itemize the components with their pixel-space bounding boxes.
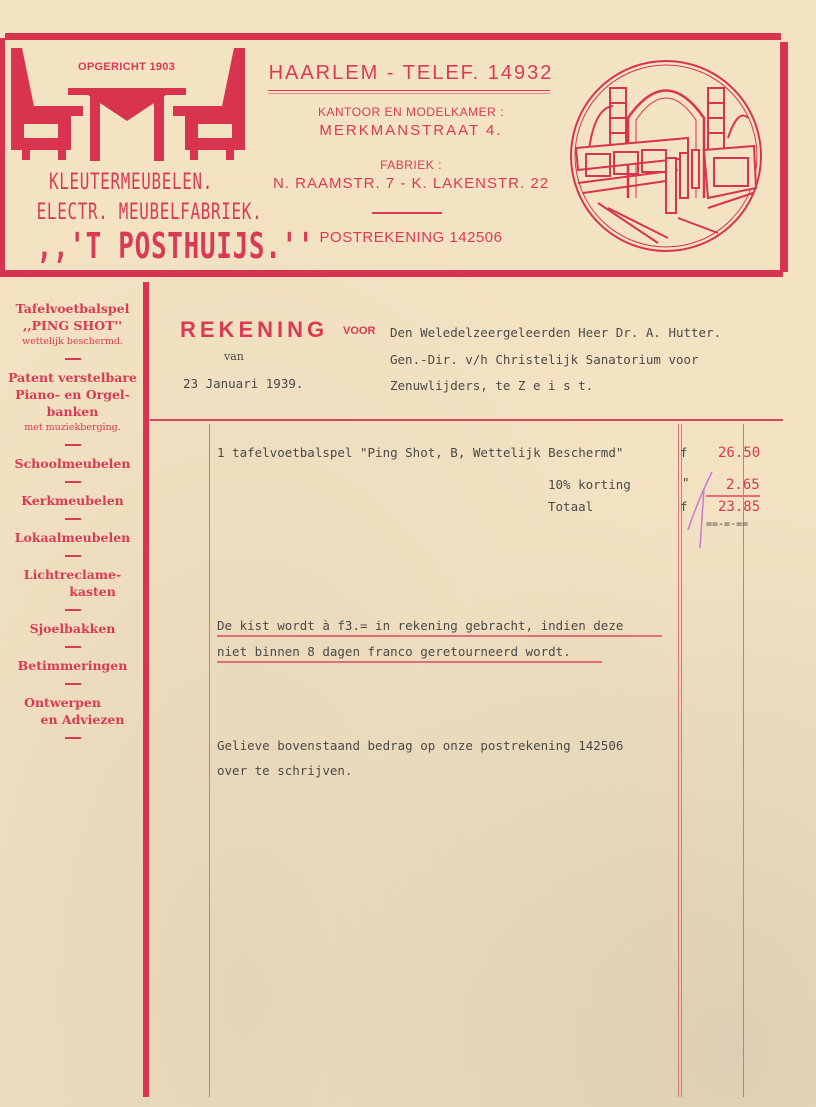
payment-line-1: Gelieve bovenstaand bedrag op onze postr… [217, 738, 623, 753]
sidebar-item-betimmeringen: Betimmeringen [0, 657, 145, 674]
sidebar-item-label: ,,PING SHOT'' [0, 317, 145, 334]
note-line-1: De kist wordt à f3.= in rekening gebrach… [217, 618, 662, 637]
invoice-van-label: van [224, 350, 244, 363]
line-item-amount: 26.50 [718, 445, 760, 461]
sidebar-item-lichtreclame: Lichtreclame- kasten [0, 566, 145, 600]
brand-line-2: ELECTR. MEUBELFABRIEK. [37, 200, 226, 225]
brand-line-1: KLEUTERMEUBELEN. [37, 170, 226, 195]
product-sidebar: Tafelvoetbalspel ,,PING SHOT'' wettelijk… [0, 300, 145, 748]
recipient-line-1: Den Weledelzeergeleerden Heer Dr. A. Hut… [390, 325, 721, 340]
factory-label: FABRIEK : [256, 158, 566, 172]
sidebar-item-label: Schoolmeubelen [0, 455, 145, 472]
sidebar-item-label: Lokaalmeubelen [0, 529, 145, 546]
line-item-description: 1 tafelvoetbalspel "Ping Shot, B, Wettel… [217, 445, 623, 460]
header-frame-right [780, 42, 788, 272]
sidebar-item-ping-shot: Tafelvoetbalspel ,,PING SHOT'' wettelijk… [0, 300, 145, 349]
sidebar-item-kerkmeubelen: Kerkmeubelen [0, 492, 145, 509]
city-phone: HAARLEM - TELEF. 14932 [256, 62, 566, 85]
margin-rule [209, 424, 210, 1097]
brand-name: ,,'T POSTHUIJS.'' [37, 226, 226, 267]
total-amount: 23.85 [718, 499, 760, 515]
recipient-line-3: Zenuwlijders, te Z e i s t. [390, 378, 593, 393]
office-address: MERKMANSTRAAT 4. [256, 122, 566, 139]
sidebar-divider [65, 555, 81, 557]
office-label: KANTOOR EN MODELKAMER : [256, 105, 566, 119]
sidebar-item-ontwerpen: Ontwerpen en Adviezen [0, 694, 145, 728]
city-underline [268, 90, 550, 94]
header-frame-top [5, 33, 781, 40]
sidebar-item-schoolmeubelen: Schoolmeubelen [0, 455, 145, 472]
sidebar-item-label: Patent verstelbare [0, 369, 145, 386]
sidebar-item-label: Piano- en Orgel- [0, 386, 145, 403]
recipient-line-2: Gen.-Dir. v/h Christelijk Sanatorium voo… [390, 352, 699, 367]
sidebar-item-label: banken [0, 403, 145, 420]
founded-year: OPGERICHT 1903 [78, 61, 175, 73]
church-pews-illustration-icon [568, 58, 764, 254]
sidebar-item-sub: met muziekberging. [0, 420, 145, 435]
sidebar-item-label: Kerkmeubelen [0, 492, 145, 509]
invoice-voor-label: VOOR [343, 325, 375, 337]
sidebar-border [143, 282, 149, 1097]
sidebar-divider [65, 646, 81, 648]
header-rule [150, 419, 783, 421]
discount-label: 10% korting [548, 477, 631, 492]
sidebar-item-label: Sjoelbakken [0, 620, 145, 637]
sidebar-item-lokaalmeubelen: Lokaalmeubelen [0, 529, 145, 546]
sidebar-divider [65, 358, 81, 360]
sidebar-divider [65, 481, 81, 483]
sidebar-item-label: Betimmeringen [0, 657, 145, 674]
pencil-check-mark-icon [684, 470, 720, 550]
sidebar-divider [65, 683, 81, 685]
sidebar-divider [65, 444, 81, 446]
payment-line-2: over te schrijven. [217, 763, 352, 778]
sidebar-divider [65, 518, 81, 520]
header-frame-bottom [0, 270, 783, 277]
sidebar-item-label: kasten [0, 583, 145, 600]
sidebar-item-label: Lichtreclame- [0, 566, 145, 583]
currency-column-rule-1 [678, 424, 679, 1097]
sidebar-item-piano-banken: Patent verstelbare Piano- en Orgel- bank… [0, 369, 145, 435]
divider [372, 212, 442, 214]
invoice-title: REKENING [180, 317, 328, 343]
sidebar-item-sjoelbakken: Sjoelbakken [0, 620, 145, 637]
sidebar-divider [65, 737, 81, 739]
invoice-date: 23 Januari 1939. [183, 376, 303, 391]
sidebar-item-sub: wettelijk beschermd. [0, 334, 145, 349]
line-item-currency: f [680, 445, 688, 460]
sidebar-item-label: Ontwerpen [0, 694, 145, 711]
factory-address: N. RAAMSTR. 7 - K. LAKENSTR. 22 [256, 175, 566, 192]
note-line-2: niet binnen 8 dagen franco geretourneerd… [217, 644, 602, 663]
sidebar-item-label: en Adviezen [0, 711, 145, 728]
total-label: Totaal [548, 499, 593, 514]
currency-column-rule-2 [681, 424, 682, 1097]
sidebar-divider [65, 609, 81, 611]
sidebar-item-label: Tafelvoetbalspel [0, 300, 145, 317]
header-frame-left [0, 38, 5, 276]
postal-account: POSTREKENING 142506 [256, 229, 566, 246]
